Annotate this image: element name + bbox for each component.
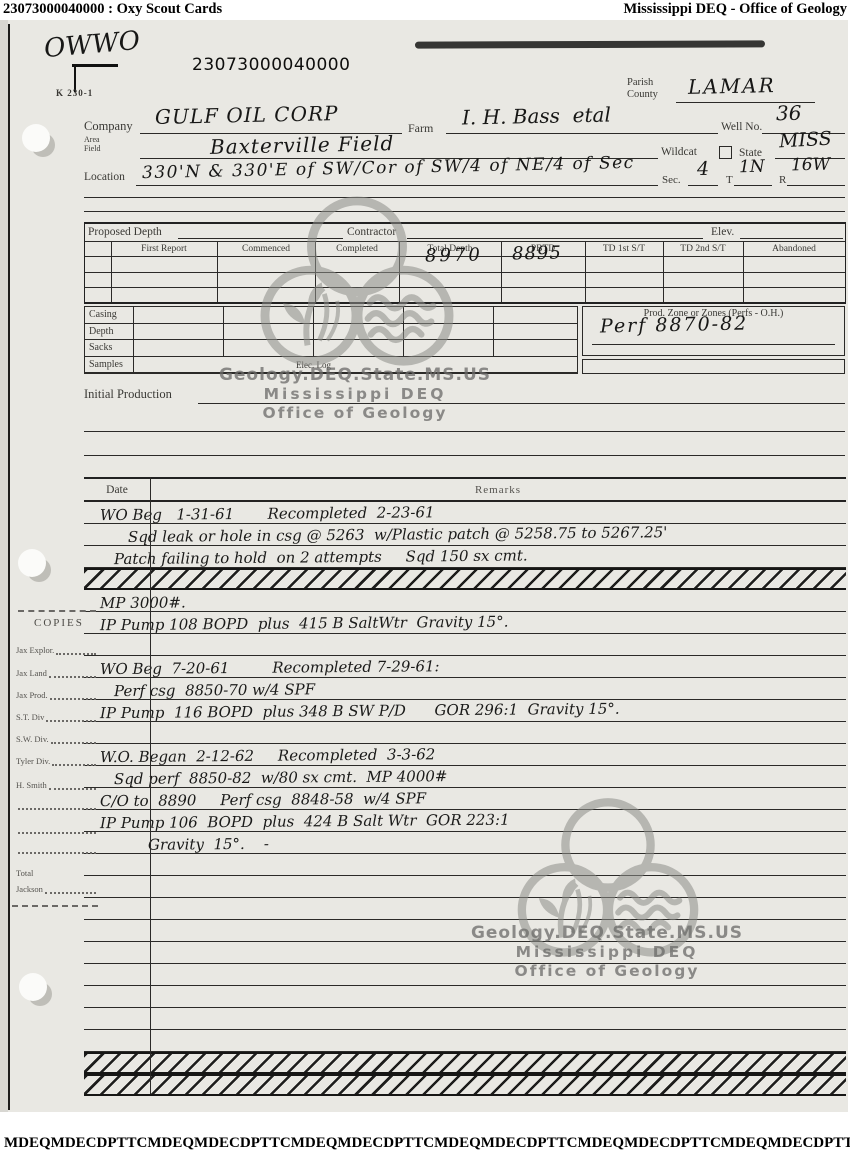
ruled-line [84, 211, 845, 212]
well-no-value: 36 [776, 101, 802, 126]
copies-entry: S.T. Div [16, 712, 96, 722]
casing-table: Casing Depth Sacks Samples [84, 306, 578, 374]
elec-log-label: Elec. Log [296, 360, 331, 370]
dotted-leader [52, 762, 96, 766]
table-grid-line [223, 307, 224, 357]
location-label: Location [84, 171, 125, 183]
ruled-line [84, 197, 845, 198]
page-header-source: Mississippi DEQ - Office of Geology [623, 1, 847, 18]
copies-entry: Jax Land [16, 668, 96, 678]
date-column-divider [150, 477, 151, 1094]
table-grid-line [313, 307, 314, 357]
footer-stamp: PTTC [824, 1135, 850, 1152]
initial-production-label: Initial Production [84, 387, 172, 402]
ruled-line [592, 344, 835, 345]
remarks-row: Gravity 15°. - [84, 832, 846, 854]
remarks-hatch-band [84, 1052, 846, 1074]
depth-table-row [85, 273, 845, 289]
table-grid-line [403, 307, 404, 357]
total-depth-value: 8970 [425, 244, 483, 266]
depth-table-row [85, 288, 845, 304]
copies-entry-label: H. Smith [16, 780, 47, 790]
remarks-handwriting: Gravity 15°. - [84, 829, 846, 857]
prod-zone-value: Perf 8870-82 [600, 312, 749, 337]
table-grid-line [743, 241, 744, 302]
table-grid-line [217, 241, 218, 302]
scan-edge-line [8, 24, 10, 1110]
range-label: R [779, 174, 786, 186]
footer-stamp: MDEQ [291, 1135, 338, 1152]
ruled-line [740, 238, 843, 239]
casing-row-label: Samples [89, 359, 123, 370]
footer-stamp: MDEQ [4, 1135, 51, 1152]
copies-entry: S.W. Div. [16, 734, 96, 744]
dotted-leader [45, 890, 96, 894]
remarks-blank-row [84, 986, 846, 1008]
copies-entry: Total [16, 868, 96, 878]
depth-col-header: Abandoned [743, 242, 845, 256]
corner-mark [72, 64, 118, 67]
api-number: 23073000040000 [192, 55, 350, 75]
prod-zone-strip [582, 359, 845, 374]
farm-value: I. H. Bass etal [462, 102, 611, 129]
copies-entry: Jax Explor. [16, 645, 96, 655]
township-label: T [726, 174, 733, 186]
remarks-rows: WO Beg 1-31-61 Recompleted 2-23-61Sqd le… [84, 502, 846, 1096]
footer-stamp: MDECD [51, 1135, 108, 1152]
wildcat-label: Wildcat [661, 146, 697, 158]
ruled-line [84, 431, 845, 432]
parish-label: Parish [627, 77, 653, 88]
table-grid-line [399, 241, 400, 302]
punch-hole [19, 973, 47, 1001]
footer-stamp: MDEQ [147, 1135, 194, 1152]
footer-stamp: PTTC [107, 1135, 147, 1152]
range-value: 16W [791, 155, 831, 176]
footer-stamp: PTTC [537, 1135, 577, 1152]
casing-row: Samples [85, 357, 577, 374]
remarks-handwriting: IP Pump 116 BOPD plus 348 B SW P/D GOR 2… [84, 697, 846, 725]
table-grid-line [493, 307, 494, 357]
dotted-leader [46, 718, 96, 722]
remarks-blank-row [84, 876, 846, 898]
scan-edge-shadow [0, 20, 8, 1112]
footer-stamp: PTTC [394, 1135, 434, 1152]
casing-row: Sacks [85, 340, 577, 357]
copies-entry-label: Jax Land [16, 668, 47, 678]
copies-divider [18, 610, 96, 612]
field-label: Field [84, 144, 100, 153]
elev-label: Elev. [711, 226, 734, 238]
copies-entry-label: Jackson [16, 884, 43, 894]
remarks-hatch-band [84, 1074, 846, 1096]
pbtd-value: 8895 [512, 242, 562, 264]
copies-entry-label: S.T. Div [16, 712, 44, 722]
area-label: Area [84, 135, 100, 144]
copies-entry-label: S.W. Div. [16, 734, 49, 744]
table-grid-line [501, 241, 502, 302]
copies-divider [12, 905, 98, 907]
page-header-title: 23073000040000 : Oxy Scout Cards [3, 1, 222, 18]
table-grid-line [315, 241, 316, 302]
remarks-blank-row [84, 964, 846, 986]
ruled-line [407, 238, 703, 239]
casing-row-label: Depth [89, 326, 113, 337]
dotted-leader [51, 740, 96, 744]
ruled-line [198, 403, 845, 404]
footer-stamp: MDECD [624, 1135, 681, 1152]
copies-entry-label: Tyler Div. [16, 756, 50, 766]
remarks-column-header: Remarks [150, 479, 846, 500]
copies-entry: Tyler Div. [16, 756, 96, 766]
ruled-line [787, 185, 845, 186]
footer-stamp: MDEQ [434, 1135, 481, 1152]
ruled-line [136, 185, 658, 186]
date-column-header: Date [84, 479, 150, 500]
copies-entry: Jackson [16, 884, 96, 894]
copies-title: COPIES [34, 617, 84, 629]
table-grid-line [585, 241, 586, 302]
copies-entry-label: Jax Explor. [16, 645, 54, 655]
remarks-handwriting: Patch failing to hold on 2 attempts Sqd … [84, 543, 846, 571]
footer-stamp: PTTC [681, 1135, 721, 1152]
dotted-leader [50, 696, 96, 700]
depth-col-header: First Report [111, 242, 217, 256]
farm-label: Farm [408, 121, 433, 136]
copies-entry-label: Total [16, 868, 33, 878]
ruled-line [178, 238, 343, 239]
casing-row: Depth [85, 324, 577, 341]
depth-col-header: Commenced [217, 242, 315, 256]
ruled-line [734, 185, 772, 186]
dotted-leader [18, 806, 96, 810]
table-grid-line [133, 307, 134, 373]
depth-col-blank [85, 242, 111, 256]
dotted-leader [18, 830, 96, 834]
ruled-line [688, 185, 718, 186]
punch-hole [22, 124, 50, 152]
scan-artifact-streak [415, 40, 765, 48]
copies-entry: Jax Prod. [16, 690, 96, 700]
depth-col-header: TD 1st S/T [585, 242, 663, 256]
casing-row: Casing [85, 307, 577, 324]
parish-county-value: LAMAR [688, 73, 776, 99]
company-value: GULF OIL CORP [155, 101, 339, 129]
remarks-blank-row [84, 898, 846, 920]
remarks-blank-row [84, 1030, 846, 1052]
remarks-blank-row [84, 942, 846, 964]
footer-stamp: MDECD [481, 1135, 538, 1152]
copies-entry [16, 806, 96, 810]
sec-value: 4 [697, 158, 710, 180]
proposed-depth-label: Proposed Depth [88, 226, 162, 238]
footer-stamp: MDEQ [577, 1135, 624, 1152]
footer-stamps: MDEQMDECDPTTCMDEQMDECDPTTCMDEQMDECDPTTCM… [4, 1135, 846, 1152]
remarks-row: IP Pump 116 BOPD plus 348 B SW P/D GOR 2… [84, 700, 846, 722]
remarks-handwriting: IP Pump 108 BOPD plus 415 B SaltWtr Grav… [84, 609, 846, 637]
table-grid-line [111, 241, 112, 302]
footer-stamp: MDEQ [721, 1135, 768, 1152]
company-label: Company [84, 119, 133, 134]
wildcat-checkbox [719, 146, 732, 159]
page-footer: MDEQMDECDPTTCMDEQMDECDPTTCMDEQMDECDPTTCM… [0, 1130, 850, 1156]
page-header: 23073000040000 : Oxy Scout Cards Mississ… [0, 0, 850, 20]
remarks-blank-row [84, 854, 846, 876]
dotted-leader [49, 674, 96, 678]
dotted-leader [56, 651, 96, 655]
copies-entry-label: Jax Prod. [16, 690, 48, 700]
ruled-line [84, 455, 845, 456]
footer-stamp: PTTC [251, 1135, 291, 1152]
depth-col-header: Completed [315, 242, 399, 256]
county-label: County [627, 89, 658, 100]
copies-entry [16, 830, 96, 834]
remarks-table: Date Remarks WO Beg 1-31-61 Recompleted … [84, 477, 846, 1096]
copies-entry: H. Smith [16, 780, 96, 790]
township-value: 1N [739, 157, 765, 178]
remarks-header-row: Date Remarks [84, 479, 846, 502]
area-field-value: Baxterville Field [210, 131, 395, 159]
casing-row-label: Casing [89, 309, 117, 320]
casing-row-label: Sacks [89, 342, 112, 353]
remarks-blank-row [84, 920, 846, 942]
footer-stamp: MDECD [767, 1135, 824, 1152]
remarks-row: IP Pump 108 BOPD plus 415 B SaltWtr Grav… [84, 612, 846, 634]
footer-stamp: MDECD [337, 1135, 394, 1152]
dotted-leader [18, 850, 96, 854]
footer-stamp: MDECD [194, 1135, 251, 1152]
scout-card-page: 23073000040000 : Oxy Scout Cards Mississ… [0, 0, 850, 1156]
depth-col-header: TD 2nd S/T [663, 242, 743, 256]
punch-hole [18, 549, 46, 577]
well-no-label: Well No. [721, 121, 762, 133]
contractor-label: Contractor [347, 226, 396, 238]
dotted-leader [49, 786, 96, 790]
state-value: MISS [778, 128, 832, 153]
copies-entry [16, 850, 96, 854]
remarks-row: Patch failing to hold on 2 attempts Sqd … [84, 546, 846, 568]
table-grid-line [663, 241, 664, 302]
remarks-blank-row [84, 1008, 846, 1030]
ruled-line [446, 133, 718, 134]
sec-label: Sec. [662, 174, 681, 186]
form-code: K 230-1 [56, 88, 93, 98]
depth-table-subheader: Proposed Depth Contractor Elev. [85, 224, 845, 241]
